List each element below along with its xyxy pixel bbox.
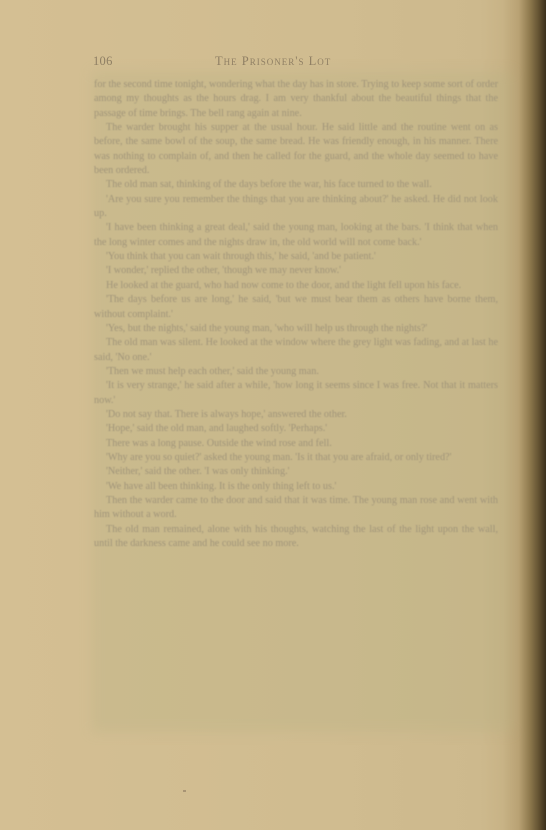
running-header: 106 The Prisoner's Lot [93, 54, 493, 72]
paragraph: 'Then we must help each other,' said the… [94, 365, 498, 379]
paragraph: The warder brought his supper at the usu… [94, 121, 498, 178]
paragraph: 'Do not say that. There is always hope,'… [94, 408, 498, 422]
paragraph: 'We have all been thinking. It is the on… [94, 480, 498, 494]
paragraph: 'Hope,' said the old man, and laughed so… [94, 422, 498, 436]
paragraph: 'I have been thinking a great deal,' sai… [94, 221, 498, 250]
paragraph: 'The days before us are long,' he said, … [94, 293, 498, 322]
paragraph: 'Why are you so quiet?' asked the young … [94, 451, 498, 465]
paragraph: He looked at the guard, who had now come… [94, 279, 498, 293]
running-title: The Prisoner's Lot [215, 54, 331, 69]
paragraph: The old man sat, thinking of the days be… [94, 178, 498, 192]
body-text: for the second time tonight, wondering w… [94, 78, 498, 551]
scanned-book-page: 106 The Prisoner's Lot for the second ti… [0, 0, 546, 830]
paragraph: 'You think that you can wait through thi… [94, 250, 498, 264]
paragraph: The old man remained, alone with his tho… [94, 523, 498, 552]
paragraph: 'Neither,' said the other. 'I was only t… [94, 465, 498, 479]
paragraph: Then the warder came to the door and sai… [94, 494, 498, 523]
paragraph: 'It is very strange,' he said after a wh… [94, 379, 498, 408]
paragraph: The old man was silent. He looked at the… [94, 336, 498, 365]
page-number: 106 [93, 54, 113, 69]
paragraph: 'Are you sure you remember the things th… [94, 193, 498, 222]
paragraph: 'I wonder,' replied the other, 'though w… [94, 264, 498, 278]
paragraph: There was a long pause. Outside the wind… [94, 437, 498, 451]
page-speck [183, 790, 186, 792]
paragraph: 'Yes, but the nights,' said the young ma… [94, 322, 498, 336]
paragraph: for the second time tonight, wondering w… [94, 78, 498, 121]
